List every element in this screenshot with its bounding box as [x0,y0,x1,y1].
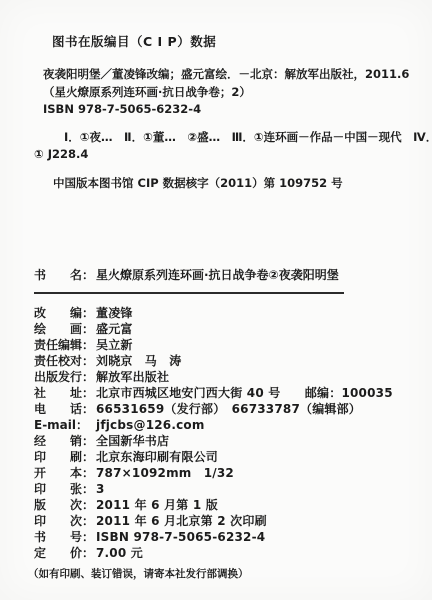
colophon-row-distributor: 经 销： 全国新华书店 [34,433,426,449]
cip-record: 夜袭阳明堡／董凌锋改编；盛元富绘．－北京：解放军出版社，2011.6 （星火燎原… [43,66,421,119]
book-title-row: 书 名： 星火燎原系列连环画·抗日战争卷②夜袭阳明堡 [34,266,339,283]
colophon-row-printer: 印 刷： 北京东海印刷有限公司 [34,449,426,465]
colophon-row-format: 开 本： 787×1092mm 1/32 [34,465,426,481]
colophon-row-proofreader: 责任校对： 刘晓京 马 涛 [34,353,426,369]
book-title-value: 星火燎原系列连环画·抗日战争卷②夜袭阳明堡 [96,266,339,283]
row-label: 书 号： [34,529,96,545]
colophon-row-illustrator: 绘 画： 盛元富 [34,321,426,337]
colophon-row-editor: 责任编辑： 吴立新 [34,337,426,353]
row-label: 定 价： [34,545,96,561]
row-label: 印 次： [34,513,96,529]
row-value: 刘晓京 马 涛 [96,353,181,369]
row-label: 社 址： [34,385,96,401]
row-label: 绘 画： [34,321,96,337]
row-value: ISBN 978-7-5065-6232-4 [96,529,265,545]
cip-registration-number: 中国版本图书馆 CIP 数据核字（2011）第 109752 号 [53,175,343,191]
row-label: 电 话： [34,401,96,417]
row-label: 出版发行： [34,369,96,385]
row-value: 787×1092mm 1/32 [96,465,234,481]
colophon-rows: 改 编： 董凌锋 绘 画： 盛元富 责任编辑： 吴立新 责任校对： 刘晓京 马 … [34,305,426,561]
cip-record-series: （星火燎原系列连环画·抗日战争卷；2） [43,84,421,102]
errata-footnote: （如有印刷、装订错误，请寄本社发行部调换） [28,566,249,581]
row-value: 北京市西城区地安门西大街 40 号 邮编：100035 [96,385,393,401]
colophon-row-adapter: 改 编： 董凌锋 [34,305,426,321]
row-value: 解放军出版社 [96,369,169,385]
row-value: 北京东海印刷有限公司 [96,449,218,465]
cip-header: 图书在版编目（C I P）数据 [52,32,216,50]
colophon-row-edition: 版 次： 2011 年 6 月第 1 版 [34,497,426,513]
row-label: 印 张： [34,481,96,497]
cip-classification-line1: Ⅰ．①夜… Ⅱ．①董… ②盛… Ⅲ．①连环画－作品－中国－现代 Ⅳ． [34,129,424,146]
row-label: 改 编： [34,305,96,321]
colophon-row-email: E-mail： jfjcbs@126.com [34,417,426,433]
row-value: 吴立新 [96,337,133,353]
colophon-row-isbn: 书 号： ISBN 978-7-5065-6232-4 [34,529,426,545]
row-value: 董凌锋 [96,305,133,321]
row-value: 全国新华书店 [96,433,169,449]
colophon-row-address: 社 址： 北京市西城区地安门西大街 40 号 邮编：100035 [34,385,426,401]
colophon-row-phone: 电 话： 66531659（发行部） 66733787（编辑部） [34,401,426,417]
cip-record-isbn: ISBN 978-7-5065-6232-4 [43,101,421,119]
row-value: 7.00 元 [96,545,143,561]
row-label: 责任编辑： [34,337,96,353]
cip-classification: Ⅰ．①夜… Ⅱ．①董… ②盛… Ⅲ．①连环画－作品－中国－现代 Ⅳ． ① J22… [34,129,424,163]
row-value: jfjcbs@126.com [96,417,205,433]
cip-classification-line2: ① J228.4 [34,146,424,163]
row-value: 盛元富 [96,321,133,337]
divider-rule [34,292,344,294]
colophon-row-sheets: 印 张： 3 [34,481,426,497]
row-label: E-mail： [34,417,96,433]
row-label: 印 刷： [34,449,96,465]
row-value: 2011 年 6 月北京第 2 次印刷 [96,513,267,529]
colophon-row-publisher: 出版发行： 解放军出版社 [34,369,426,385]
row-value: 66531659（发行部） 66733787（编辑部） [96,401,361,417]
row-label: 经 销： [34,433,96,449]
copyright-page: 图书在版编目（C I P）数据 夜袭阳明堡／董凌锋改编；盛元富绘．－北京：解放军… [0,0,432,600]
colophon-row-impression: 印 次： 2011 年 6 月北京第 2 次印刷 [34,513,426,529]
colophon-row-price: 定 价： 7.00 元 [34,545,426,561]
row-label: 版 次： [34,497,96,513]
row-label: 开 本： [34,465,96,481]
book-title-label: 书 名： [34,266,96,283]
row-value: 2011 年 6 月第 1 版 [96,497,218,513]
row-label: 责任校对： [34,353,96,369]
cip-record-line1: 夜袭阳明堡／董凌锋改编；盛元富绘．－北京：解放军出版社，2011.6 [43,66,421,84]
row-value: 3 [96,481,105,497]
